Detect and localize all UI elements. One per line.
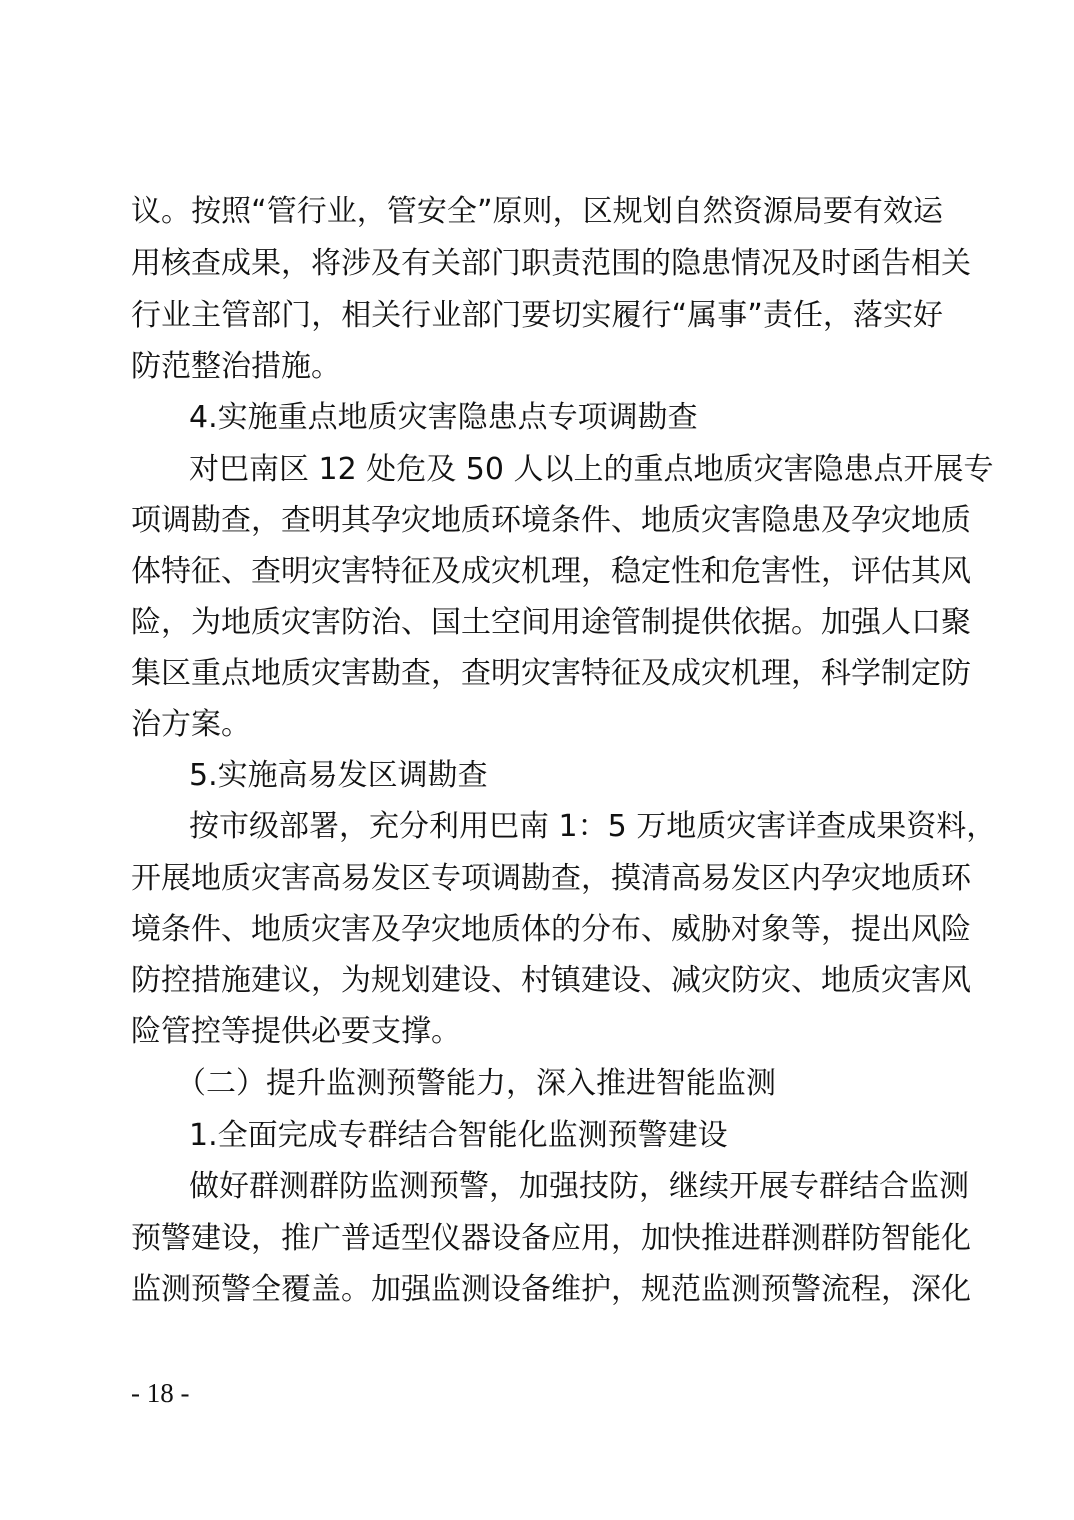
paragraph-line: 体特征、查明灾害特征及成灾机理，稳定性和危害性，评估其风 [131,546,943,598]
paragraph-line: 按市级部署，充分利用巴南 1：5 万地质灾害详查成果资料， [189,801,943,853]
paragraph-line: 险，为地质灾害防治、国土空间用途管制提供依据。加强人口聚 [131,597,943,649]
paragraph-line: 防控措施建议，为规划建设、村镇建设、减灾防灾、地质灾害风 [131,955,943,1007]
paragraph-line: 防范整治措施。 [131,341,943,393]
section-heading-1: 1.全面完成专群结合智能化监测预警建设 [189,1110,943,1162]
paragraph-line: 治方案。 [131,699,943,751]
paragraph-line: 项调勘查，查明其孕灾地质环境条件、地质灾害隐患及孕灾地质 [131,495,943,547]
section-heading-2: （二）提升监测预警能力，深入推进智能监测 [176,1058,936,1110]
paragraph-line: 监测预警全覆盖。加强监测设备维护，规范监测预警流程，深化 [131,1264,943,1316]
paragraph-line: 集区重点地质灾害勘查，查明灾害特征及成灾机理，科学制定防 [131,648,943,700]
paragraph-line: 行业主管部门，相关行业部门要切实履行“属事”责任，落实好 [131,290,943,342]
page-number: - 18 - [131,1373,189,1413]
paragraph-line: 险管控等提供必要支撑。 [131,1006,943,1058]
paragraph-line: 对巴南区 12 处危及 50 人以上的重点地质灾害隐患点开展专 [189,444,943,496]
section-heading-5: 5.实施高易发区调勘查 [189,750,943,802]
paragraph-line: 议。按照“管行业，管安全”原则，区规划自然资源局要有效运 [131,186,943,238]
document-page: 议。按照“管行业，管安全”原则，区规划自然资源局要有效运 用核查成果，将涉及有关… [0,0,1074,1520]
paragraph-line: 用核查成果，将涉及有关部门职责范围的隐患情况及时函告相关 [131,238,943,290]
section-heading-4: 4.实施重点地质灾害隐患点专项调勘查 [189,392,943,444]
paragraph-line: 开展地质灾害高易发区专项调勘查，摸清高易发区内孕灾地质环 [131,853,943,905]
paragraph-line: 境条件、地质灾害及孕灾地质体的分布、威胁对象等，提出风险 [131,904,943,956]
paragraph-line: 预警建设，推广普适型仪器设备应用，加快推进群测群防智能化 [131,1213,943,1265]
paragraph-line: 做好群测群防监测预警，加强技防，继续开展专群结合监测 [189,1161,943,1213]
